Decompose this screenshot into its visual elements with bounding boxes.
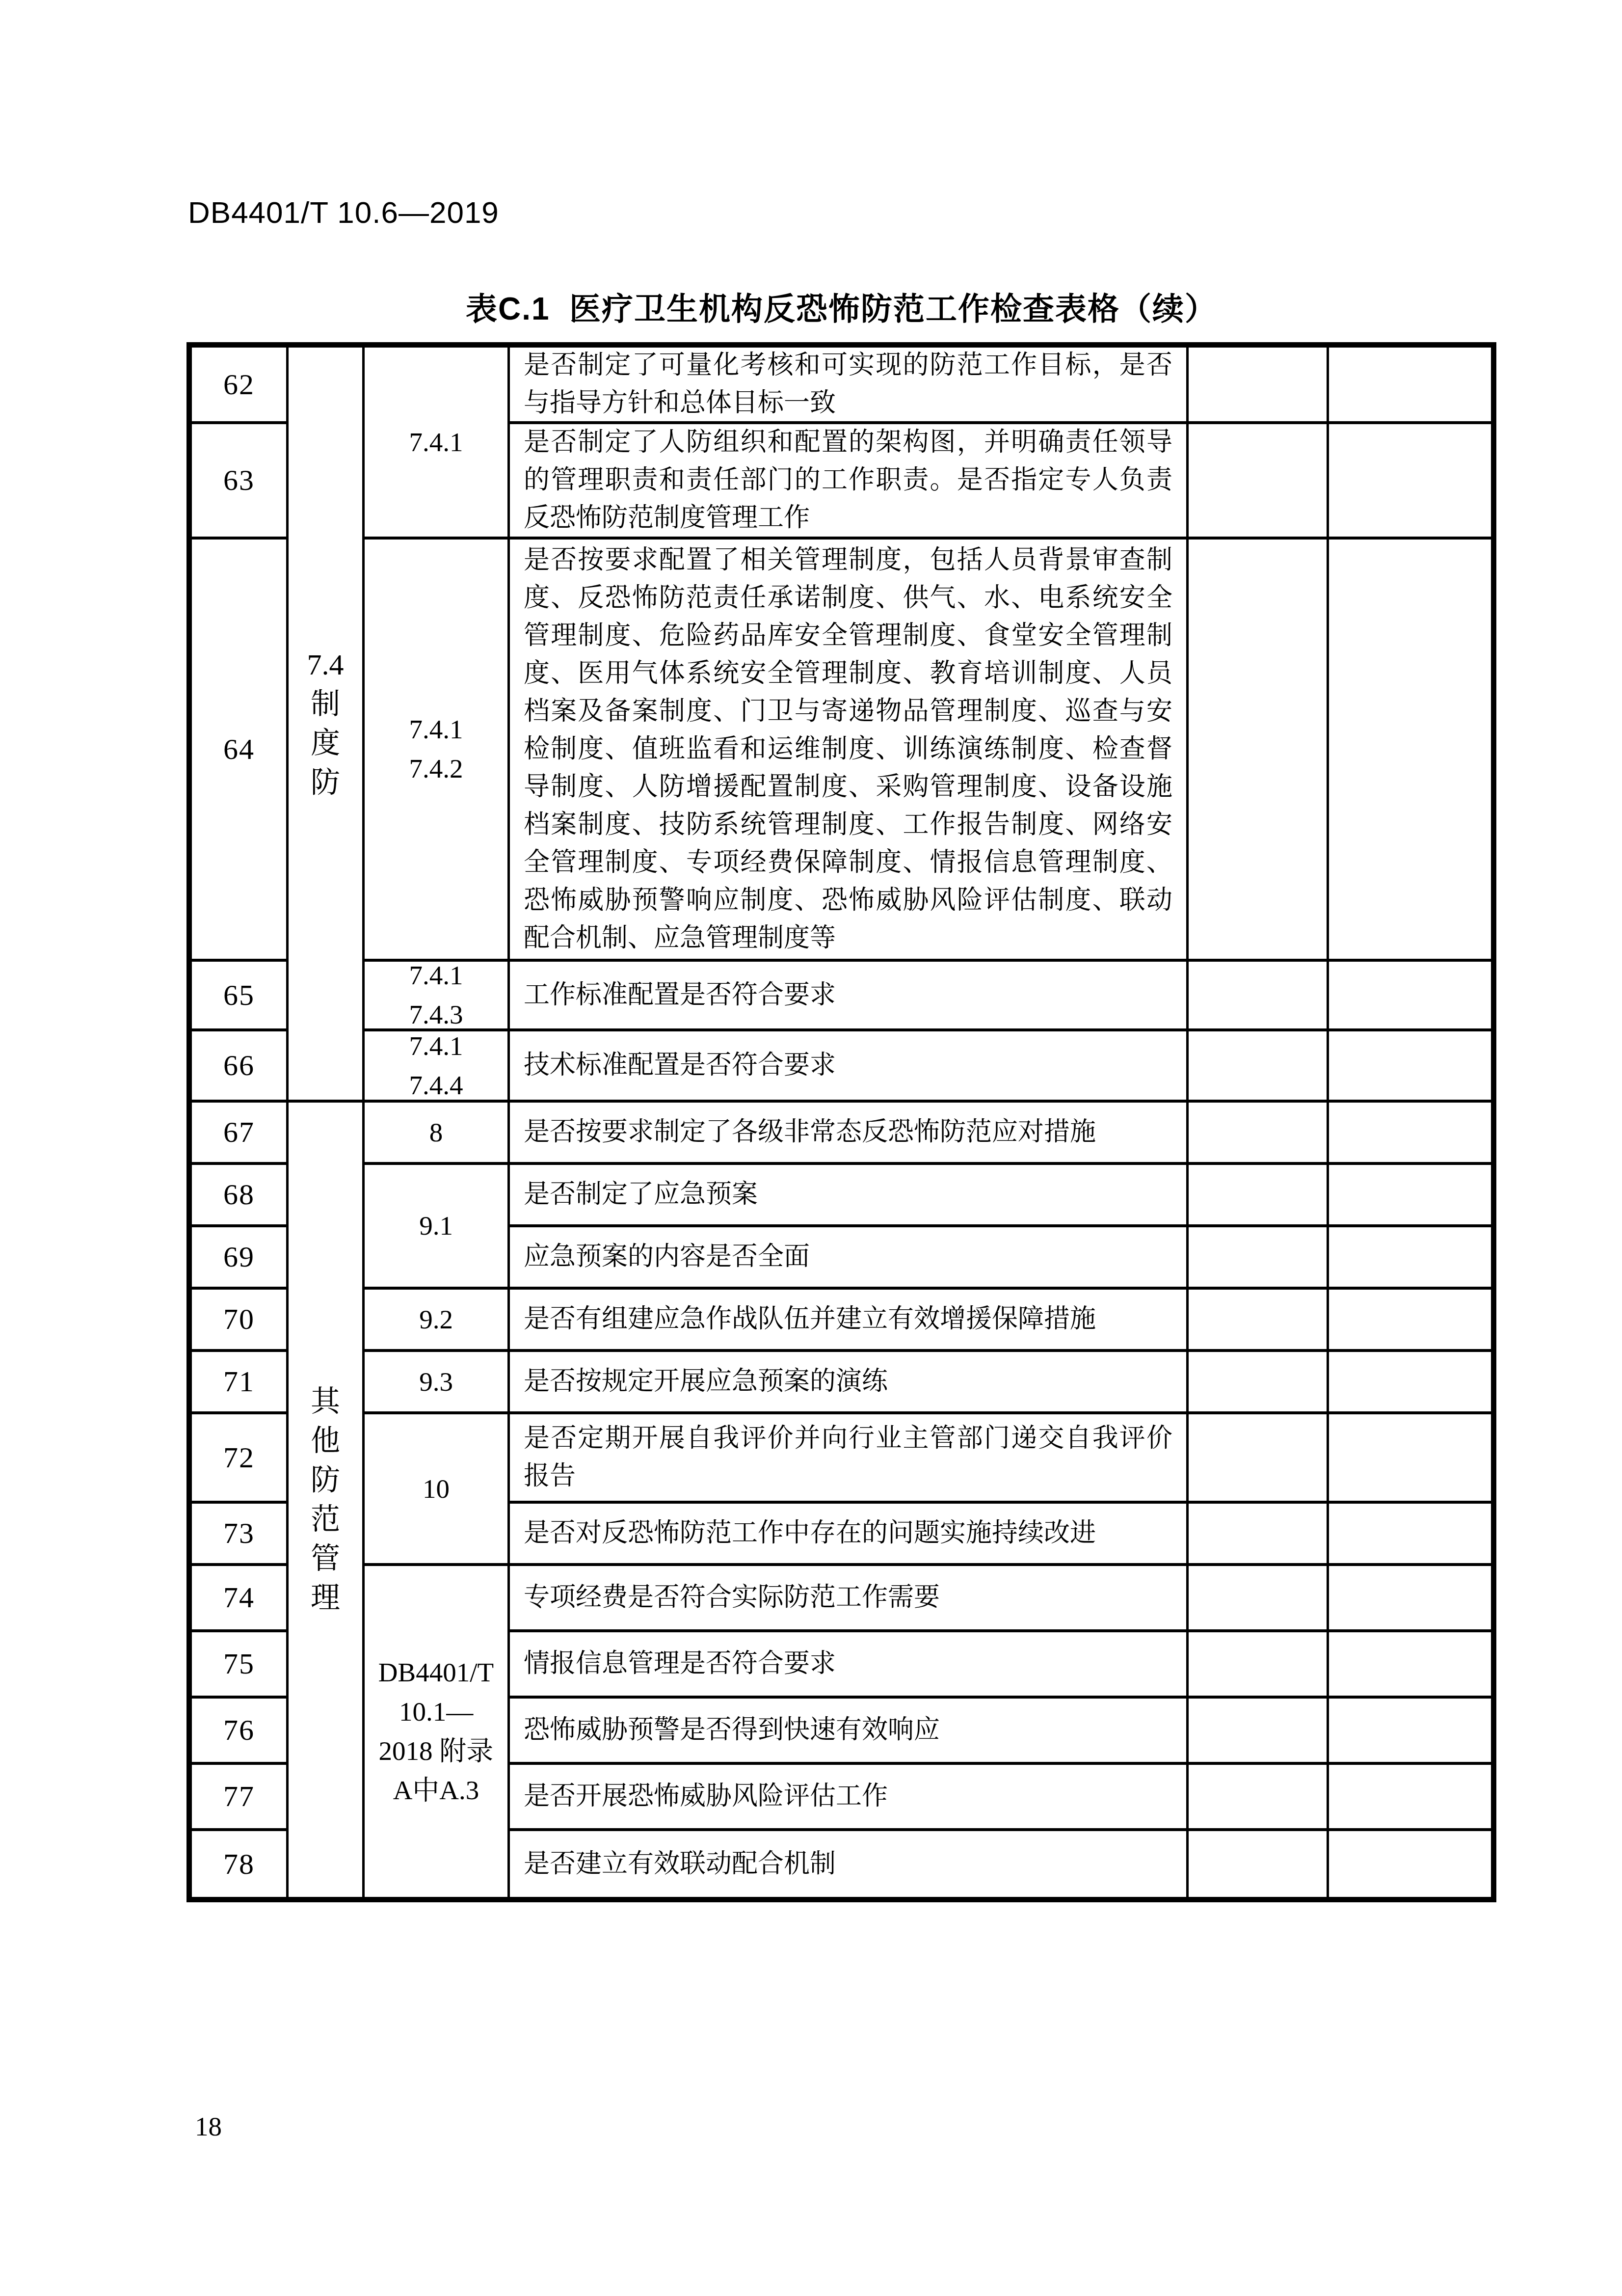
item-text: 工作标准配置是否符合要求: [524, 976, 1172, 1014]
item-cell: 专项经费是否符合实际防范工作需要: [510, 1566, 1189, 1632]
item-cell: 是否按要求制定了各级非常态反恐怖防范应对措施: [510, 1103, 1189, 1165]
check-result-cell: [1189, 1031, 1329, 1103]
check-result-cell: [1189, 1227, 1329, 1290]
group-cell-line: 其: [311, 1382, 340, 1421]
item-text: 情报信息管理是否符合要求: [524, 1645, 1172, 1683]
ref-cell: 7.4.1: [365, 348, 510, 540]
check-result-cell: [1189, 1103, 1329, 1165]
remarks-cell: [1329, 1504, 1491, 1566]
item-cell: 是否制定了应急预案: [510, 1165, 1189, 1227]
check-result-cell: [1189, 1632, 1329, 1699]
ref-cell-line: 7.4.2: [409, 754, 463, 784]
ref-cell-line: 7.4.1: [409, 962, 463, 991]
remarks-cell: [1329, 1566, 1491, 1632]
check-result-cell: [1189, 1352, 1329, 1414]
row-number-cell: 73: [192, 1504, 289, 1566]
item-cell: 是否制定了可量化考核和可实现的防范工作目标，是否与指导方针和总体目标一致: [510, 348, 1189, 424]
item-text: 是否制定了可量化考核和可实现的防范工作目标，是否与指导方针和总体目标一致: [524, 348, 1172, 422]
item-text: 是否定期开展自我评价并向行业主管部门递交自我评价报告: [524, 1420, 1172, 1495]
item-text: 是否按规定开展应急预案的演练: [524, 1363, 1172, 1401]
item-text: 是否建立有效联动配合机制: [524, 1845, 1172, 1883]
check-result-cell: [1189, 1414, 1329, 1504]
check-result-cell: [1189, 1831, 1329, 1897]
check-result-cell: [1189, 1290, 1329, 1352]
row-number-cell: 70: [192, 1290, 289, 1352]
item-text: 是否有组建应急作战队伍并建立有效增援保障措施: [524, 1300, 1172, 1338]
remarks-cell: [1329, 424, 1491, 540]
item-text: 是否按要求配置了相关管理制度，包括人员背景审查制度、反恐怖防范责任承诺制度、供气…: [524, 541, 1172, 957]
group-cell-line: 防: [311, 763, 340, 802]
row-number-cell: 71: [192, 1352, 289, 1414]
row-number-cell: 78: [192, 1831, 289, 1897]
row-number-cell: 68: [192, 1165, 289, 1227]
item-cell: 应急预案的内容是否全面: [510, 1227, 1189, 1290]
ref-cell: DB4401/T10.1—2018 附录A中A.3: [365, 1566, 510, 1897]
group-cell-line: 他: [311, 1421, 340, 1460]
item-cell: 是否建立有效联动配合机制: [510, 1831, 1189, 1897]
ref-cell-line: 7.4.4: [409, 1070, 463, 1101]
remarks-cell: [1329, 1103, 1491, 1165]
ref-cell: 9.2: [365, 1290, 510, 1352]
row-number-cell: 64: [192, 540, 289, 962]
ref-cell-line: 10.1—: [399, 1697, 473, 1727]
group-cell-line: 防: [311, 1460, 340, 1500]
item-cell: 是否对反恐怖防范工作中存在的问题实施持续改进: [510, 1504, 1189, 1566]
item-text: 是否对反恐怖防范工作中存在的问题实施持续改进: [524, 1514, 1172, 1552]
row-number-cell: 67: [192, 1103, 289, 1165]
item-cell: 恐怖威胁预警是否得到快速有效响应: [510, 1699, 1189, 1765]
ref-cell-line: 7.4.1: [409, 714, 463, 745]
item-cell: 是否有组建应急作战队伍并建立有效增援保障措施: [510, 1290, 1189, 1352]
item-text: 技术标准配置是否符合要求: [524, 1047, 1172, 1084]
ref-cell-line: 2018 附录: [379, 1736, 494, 1766]
row-number-cell: 77: [192, 1765, 289, 1831]
item-text: 恐怖威胁预警是否得到快速有效响应: [524, 1711, 1172, 1749]
remarks-cell: [1329, 962, 1491, 1031]
ref-cell-line: DB4401/T: [378, 1657, 494, 1688]
ref-cell-line: 9.3: [419, 1367, 453, 1397]
remarks-cell: [1329, 1765, 1491, 1831]
remarks-cell: [1329, 1290, 1491, 1352]
check-result-cell: [1189, 540, 1329, 962]
item-text: 是否按要求制定了各级非常态反恐怖防范应对措施: [524, 1113, 1172, 1151]
remarks-cell: [1329, 1831, 1491, 1897]
remarks-cell: [1329, 1632, 1491, 1699]
ref-cell-line: A中A.3: [393, 1775, 479, 1806]
item-cell: 是否开展恐怖威胁风险评估工作: [510, 1765, 1189, 1831]
item-cell: 情报信息管理是否符合要求: [510, 1632, 1189, 1699]
check-result-cell: [1189, 962, 1329, 1031]
item-cell: 是否制定了人防组织和配置的架构图，并明确责任领导的管理职责和责任部门的工作职责。…: [510, 424, 1189, 540]
row-number-cell: 69: [192, 1227, 289, 1290]
row-number-cell: 72: [192, 1414, 289, 1504]
ref-cell-line: 9.1: [419, 1211, 453, 1241]
group-cell-line: 7.4: [307, 645, 344, 684]
ref-cell-line: 10: [423, 1474, 450, 1504]
item-cell: 是否按要求配置了相关管理制度，包括人员背景审查制度、反恐怖防范责任承诺制度、供气…: [510, 540, 1189, 962]
ref-cell-line: 7.4.3: [409, 999, 463, 1030]
check-result-cell: [1189, 1765, 1329, 1831]
group-cell: 其他防范管理: [289, 1103, 365, 1897]
group-cell-line: 度: [311, 724, 340, 763]
ref-cell: 8: [365, 1103, 510, 1165]
ref-cell: 7.4.17.4.3: [365, 962, 510, 1031]
page-number: 18: [195, 2111, 222, 2142]
check-result-cell: [1189, 1165, 1329, 1227]
remarks-cell: [1329, 1227, 1491, 1290]
check-result-cell: [1189, 1699, 1329, 1765]
check-result-cell: [1189, 1504, 1329, 1566]
remarks-cell: [1329, 1165, 1491, 1227]
item-cell: 是否定期开展自我评价并向行业主管部门递交自我评价报告: [510, 1414, 1189, 1504]
ref-cell: 7.4.17.4.2: [365, 540, 510, 962]
row-number-cell: 63: [192, 424, 289, 540]
remarks-cell: [1329, 348, 1491, 424]
document-page: DB4401/T 10.6—2019 表C.1 医疗卫生机构反恐怖防范工作检查表…: [0, 0, 1622, 2296]
ref-cell: 9.1: [365, 1165, 510, 1290]
row-number-cell: 76: [192, 1699, 289, 1765]
ref-cell: 9.3: [365, 1352, 510, 1414]
doc-code: DB4401/T 10.6—2019: [188, 195, 499, 230]
item-cell: 是否按规定开展应急预案的演练: [510, 1352, 1189, 1414]
check-result-cell: [1189, 348, 1329, 424]
ref-cell-line: 9.2: [419, 1304, 453, 1335]
ref-cell-line: 7.4.1: [409, 1031, 463, 1061]
row-number-cell: 75: [192, 1632, 289, 1699]
ref-cell-line: 8: [429, 1117, 443, 1148]
item-text: 应急预案的内容是否全面: [524, 1238, 1172, 1276]
item-cell: 技术标准配置是否符合要求: [510, 1031, 1189, 1103]
row-number-cell: 65: [192, 962, 289, 1031]
remarks-cell: [1329, 1699, 1491, 1765]
item-text: 是否制定了人防组织和配置的架构图，并明确责任领导的管理职责和责任部门的工作职责。…: [524, 424, 1172, 537]
remarks-cell: [1329, 1031, 1491, 1103]
item-text: 是否开展恐怖威胁风险评估工作: [524, 1778, 1172, 1815]
remarks-cell: [1329, 540, 1491, 962]
table-title: 表C.1 医疗卫生机构反恐怖防范工作检查表格（续）: [186, 284, 1496, 329]
group-cell-line: 理: [311, 1578, 340, 1618]
checklist-table: 62是否制定了可量化考核和可实现的防范工作目标，是否与指导方针和总体目标一致63…: [186, 342, 1496, 1902]
group-cell-line: 范: [311, 1500, 340, 1539]
row-number-cell: 66: [192, 1031, 289, 1103]
group-cell-line: 管: [311, 1539, 340, 1578]
row-number-cell: 62: [192, 348, 289, 424]
group-cell-line: 制: [311, 684, 340, 724]
row-number-cell: 74: [192, 1566, 289, 1632]
check-result-cell: [1189, 1566, 1329, 1632]
item-text: 是否制定了应急预案: [524, 1176, 1172, 1214]
group-cell: 7.4制度防: [289, 348, 365, 1103]
item-cell: 工作标准配置是否符合要求: [510, 962, 1189, 1031]
check-result-cell: [1189, 424, 1329, 540]
remarks-cell: [1329, 1352, 1491, 1414]
ref-cell: 7.4.17.4.4: [365, 1031, 510, 1103]
item-text: 专项经费是否符合实际防范工作需要: [524, 1579, 1172, 1617]
ref-cell: 10: [365, 1414, 510, 1566]
remarks-cell: [1329, 1414, 1491, 1504]
ref-cell-line: 7.4.1: [409, 427, 463, 458]
